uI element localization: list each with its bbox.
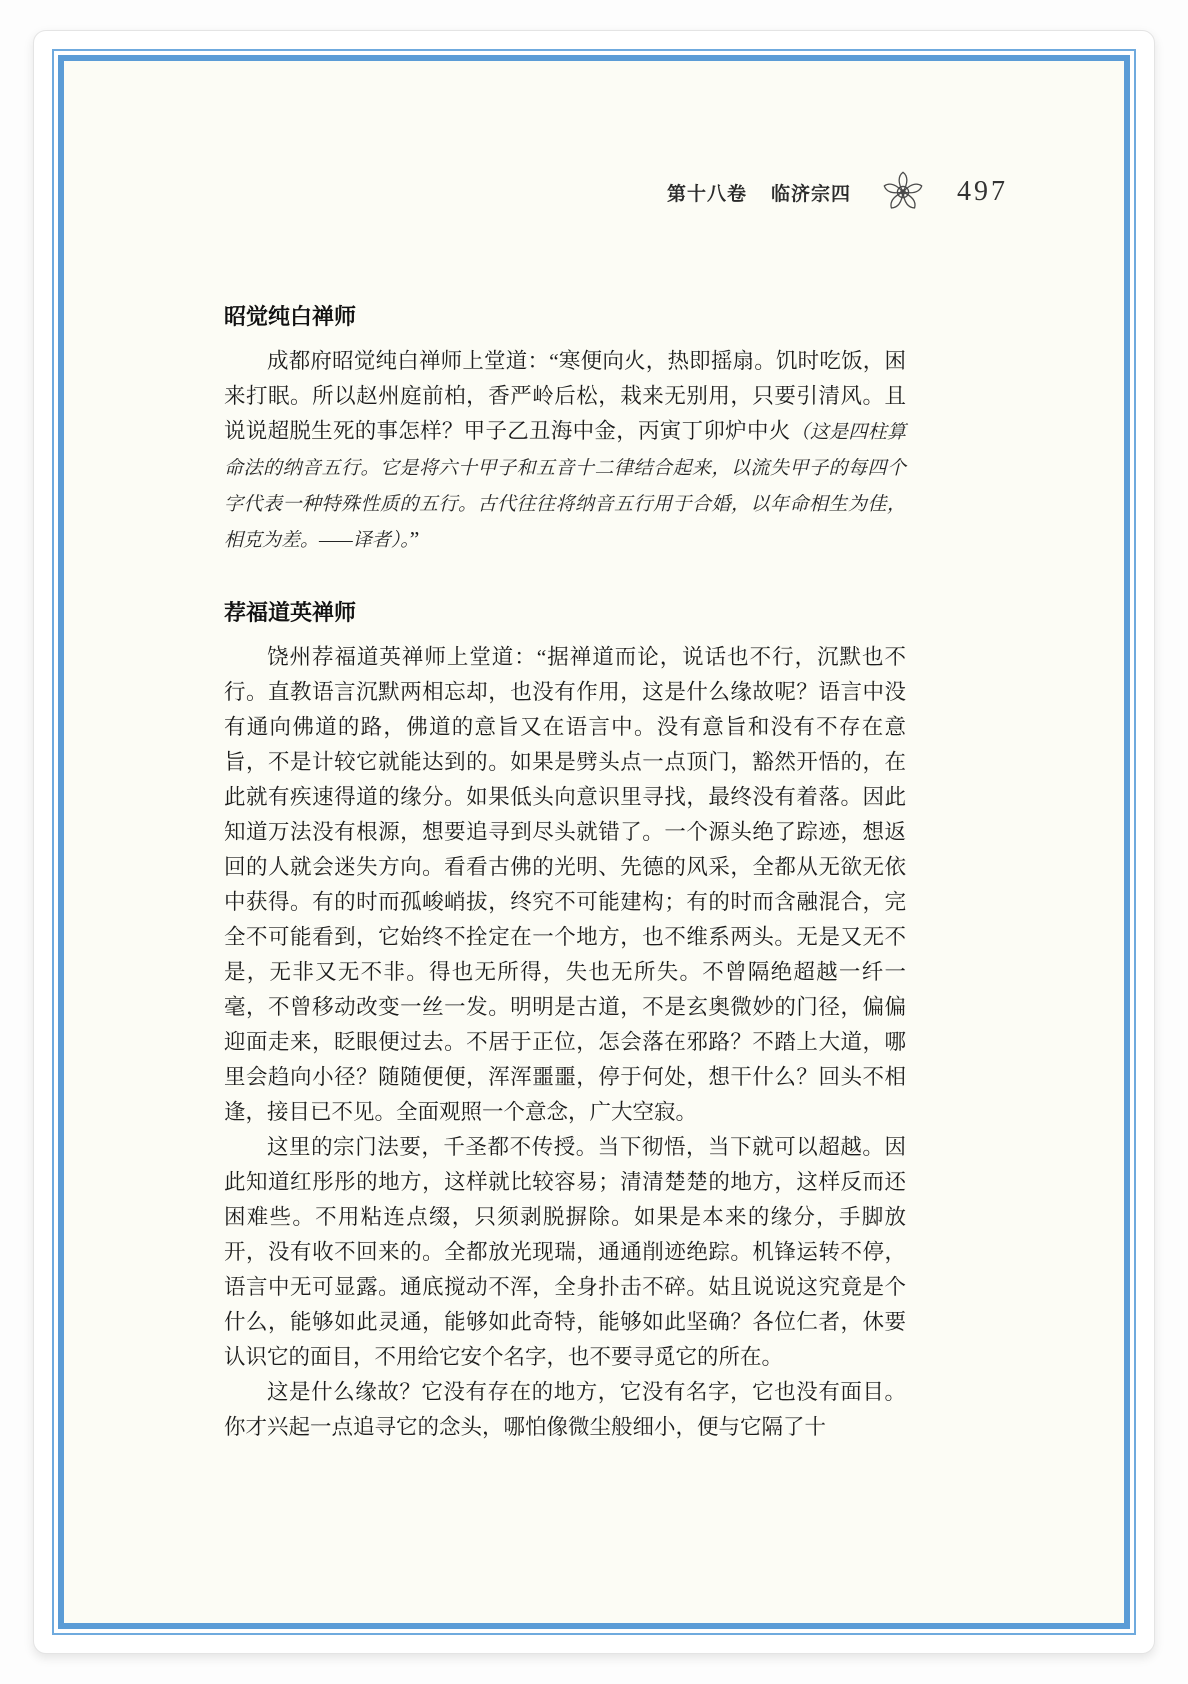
- paragraph: 这里的宗门法要，千圣都不传授。当下彻悟，当下就可以超越。因此知道红彤彤的地方，这…: [224, 1130, 906, 1375]
- page-number: 497: [957, 176, 1008, 208]
- section-heading: 昭觉纯白禅师: [224, 299, 906, 334]
- paragraph-tail-text: ”: [410, 527, 420, 551]
- book-page: 第十八卷 临济宗四: [33, 30, 1155, 1654]
- page-content: 第十八卷 临济宗四: [64, 61, 1124, 1623]
- section-heading: 荐福道英禅师: [224, 595, 906, 630]
- paragraph: 这是什么缘故？它没有存在的地方，它没有名字，它也没有面目。你才兴起一点追寻它的念…: [224, 1375, 906, 1445]
- inner-border-frame: 第十八卷 临济宗四: [58, 55, 1130, 1629]
- volume-title: 第十八卷: [667, 179, 747, 206]
- running-header: 第十八卷 临济宗四: [64, 167, 1124, 217]
- paragraph: 饶州荐福道英禅师上堂道：“据禅道而论，说话也不行，沉默也不行。直教语言沉默两相忘…: [224, 640, 906, 1130]
- text-body: 昭觉纯白禅师 成都府昭觉纯白禅师上堂道：“寒便向火，热即摇扇。饥时吃饭，困来打眠…: [224, 299, 906, 1445]
- paragraph: 成都府昭觉纯白禅师上堂道：“寒便向火，热即摇扇。饥时吃饭，困来打眠。所以赵州庭前…: [224, 344, 906, 558]
- flower-ornament-icon: [877, 168, 929, 216]
- section-jianfu: 荐福道英禅师 饶州荐福道英禅师上堂道：“据禅道而论，说话也不行，沉默也不行。直教…: [224, 595, 906, 1445]
- outer-border-frame: 第十八卷 临济宗四: [52, 49, 1136, 1635]
- section-title: 临济宗四: [771, 179, 851, 206]
- section-zhaojue: 昭觉纯白禅师 成都府昭觉纯白禅师上堂道：“寒便向火，热即摇扇。饥时吃饭，困来打眠…: [224, 299, 906, 558]
